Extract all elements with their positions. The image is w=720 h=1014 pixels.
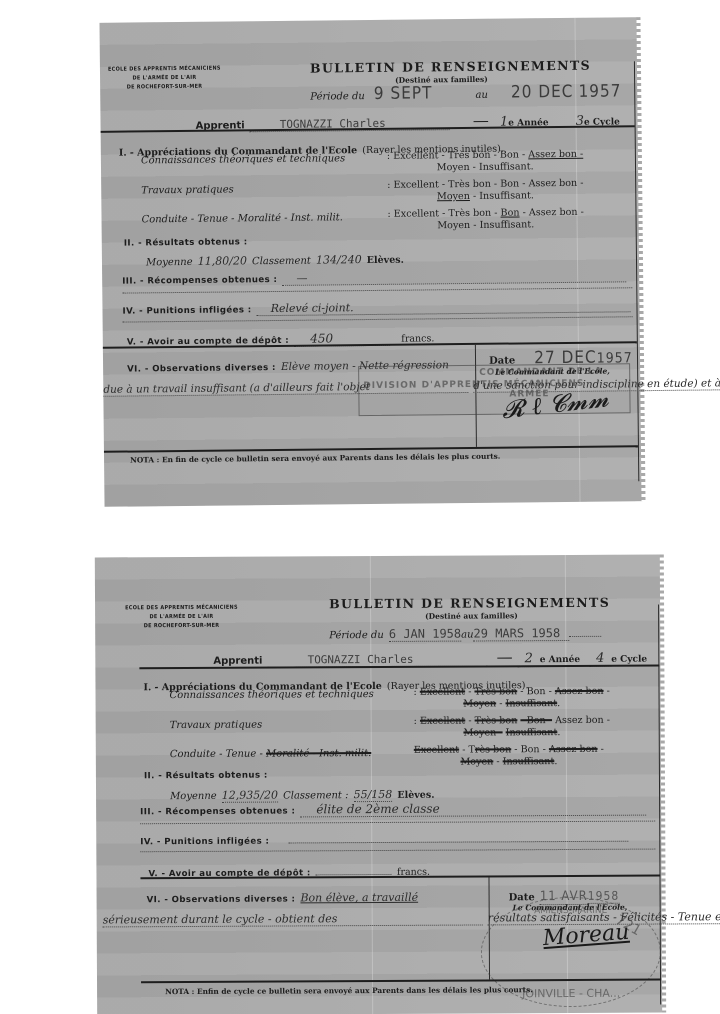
criterion-label: Connaissances théoriques et techniques xyxy=(141,153,345,166)
classement-value: 134/240 xyxy=(316,253,362,266)
period-to-label: au xyxy=(475,90,488,101)
section-3: III. - Récompenses obtenues : élite de 2… xyxy=(140,797,655,819)
section-6: VI. - Observations diverses : Bon élève,… xyxy=(103,885,487,927)
bulletin-subtitle: (Destiné aux familles) xyxy=(425,611,518,620)
moyenne-label: Moyenne xyxy=(146,257,193,268)
school-line: ECOLE DES APPRENTIS MÉCANICIENS xyxy=(125,604,238,614)
annee-label: e Année xyxy=(540,655,580,665)
section-3-title: III. - Récompenses obtenues : xyxy=(122,275,277,287)
recompenses-value: élite de 2ème classe xyxy=(300,801,646,818)
criterion-options: : Excellent - Très bon - Bon - Assez bon… xyxy=(387,207,584,233)
dotted-line xyxy=(140,849,655,853)
criterion-label: Travaux pratiques xyxy=(141,184,234,196)
school-line: DE ROCHEFORT-SUR-MER xyxy=(108,83,221,93)
criterion-options: : Excellent - Très bon - Bon - Assez bon… xyxy=(413,686,609,711)
period-year: 1957 xyxy=(578,81,621,101)
criterion-label: Conduite - Tenue - Moralité - Inst. mili… xyxy=(141,212,343,225)
school-name: ECOLE DES APPRENTIS MÉCANICIENS DE L'ARM… xyxy=(125,604,238,632)
depot-value xyxy=(316,864,392,875)
commandant-title: Le Commandant de l'Ecole, xyxy=(513,903,628,913)
section-3-title: III. - Récompenses obtenues : xyxy=(140,806,295,817)
bulletin-2: ECOLE DES APPRENTIS MÉCANICIENS DE L'ARM… xyxy=(95,555,663,1014)
bulletin-1: ECOLE DES APPRENTIS MÉCANICIENS DE L'ARM… xyxy=(99,17,642,507)
observation-line: Bon élève, a travaillé xyxy=(300,891,418,905)
dotted-line xyxy=(140,821,655,825)
criterion-options: Excellent - Très bon - Bon - Assez bon -… xyxy=(414,744,604,769)
section-2-title: II. - Résultats obtenus : xyxy=(124,237,248,248)
stamp-line: JOINVILLE - CHA... xyxy=(522,987,620,1001)
cycle-label: e Cycle xyxy=(611,655,647,665)
period-line: Période du 6 JAN 1958au29 MARS 1958 xyxy=(329,622,601,642)
section-6-title: VI. - Observations diverses : xyxy=(147,894,296,905)
recompenses-value: — xyxy=(282,268,626,286)
period-to-label: au xyxy=(461,630,473,641)
nota-text: NOTA : En fin de cycle ce bulletin sera … xyxy=(130,452,500,465)
criterion-options: : Excellent - Très bon - Bon - Assez bon… xyxy=(387,149,584,175)
struck-label: Moralité - Inst. milit. xyxy=(266,748,371,760)
dotted-line xyxy=(122,287,632,293)
period-to: 20 DEC xyxy=(511,82,574,103)
date-year: 1958 xyxy=(588,889,620,904)
date-label: Date xyxy=(489,355,515,366)
punitions-value: Relevé ci-joint. xyxy=(257,298,631,316)
period-to: 29 MARS 1958 xyxy=(473,626,569,642)
nota-text: NOTA : Enfin de cycle ce bulletin sera e… xyxy=(165,985,533,996)
bulletin-title: BULLETIN DE RENSEIGNEMENTS xyxy=(329,595,610,611)
section-6-title: VI. - Observations diverses : xyxy=(127,363,276,375)
observation-line: sérieusement durant le cycle - obtient d… xyxy=(103,911,483,927)
date-year: 1957 xyxy=(597,350,633,366)
apprenti-label: Apprenti xyxy=(213,656,262,667)
section-4-title: IV. - Punitions infligées : xyxy=(122,305,251,316)
school-name: ECOLE DES APPRENTIS MÉCANICIENS DE L'ARM… xyxy=(108,65,221,93)
period-label: Période du xyxy=(329,630,384,641)
eleves-label: Elèves. xyxy=(367,255,404,266)
school-line: DE ROCHEFORT-SUR-MER xyxy=(125,622,238,632)
criterion-options: : Excellent - Très bon - Bon - Assez bon… xyxy=(414,715,610,740)
criterion-options: : Excellent - Très bon - Bon - Assez bon… xyxy=(387,178,584,204)
dotted-line xyxy=(123,316,633,322)
bulletin-title: BULLETIN DE RENSEIGNEMENTS xyxy=(310,58,591,76)
section-4: IV. - Punitions infligées : Relevé ci-jo… xyxy=(122,293,632,317)
date-value: 27 DEC xyxy=(534,348,597,369)
commandant-title: Le Commandant de l'Ecole, xyxy=(495,367,610,377)
classement-label: Classement xyxy=(252,256,311,268)
period-label: Période du xyxy=(310,91,365,103)
moyenne-value: 11,80/20 xyxy=(198,254,247,268)
date-label: Date xyxy=(509,892,535,903)
criterion-label: Connaissances théoriques et techniques xyxy=(170,689,374,701)
section-4-title: IV. - Punitions infligées : xyxy=(140,837,269,848)
criterion-label: Travaux pratiques xyxy=(170,720,263,731)
date-block: Date 27 DEC1957 xyxy=(489,347,633,369)
section-4: IV. - Punitions infligées : xyxy=(140,827,655,849)
section-2-title: II. - Résultats obtenus : xyxy=(144,771,268,782)
period-from: 9 SEPT xyxy=(374,83,433,104)
period-from: 6 JAN 1958 xyxy=(389,627,461,642)
period-year xyxy=(570,636,602,637)
bottom-rule xyxy=(104,445,638,453)
punitions-value xyxy=(288,841,628,844)
criterion-label: Conduite - Tenue - Moralité - Inst. mili… xyxy=(170,748,371,760)
period-line: Période du 9 SEPT au 20 DEC 1957 xyxy=(310,81,621,104)
section-3: III. - Récompenses obtenues : — xyxy=(122,263,632,287)
